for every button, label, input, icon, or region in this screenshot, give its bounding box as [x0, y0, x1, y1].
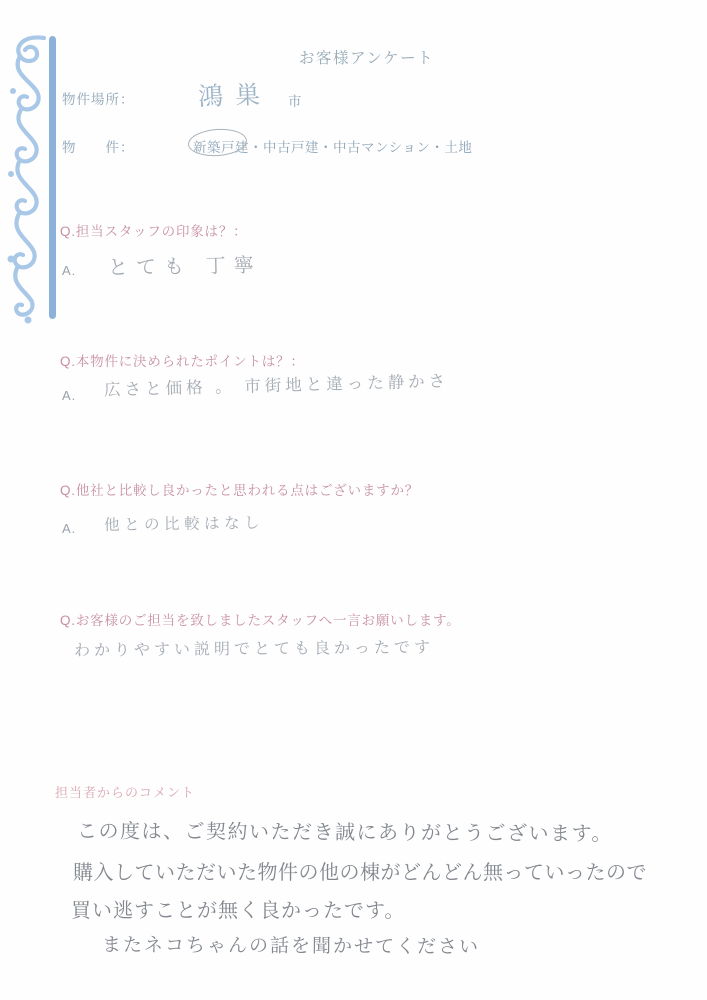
- staff-comment-line: 購入していただいた物件の他の棟がどんどん無っていったので: [73, 856, 647, 885]
- answer-3-prefix: A.: [62, 521, 76, 536]
- answer-2-prefix: A.: [62, 388, 76, 403]
- question-3-label: Q.他社と比較し良かったと思われる点はございますか？: [60, 479, 419, 499]
- location-handwritten-value: 鴻巣: [197, 75, 272, 114]
- answer-1-prefix: A.: [62, 263, 76, 278]
- staff-comment-line: またネコちゃんの話を聞かせてください: [102, 930, 480, 959]
- question-2-label: Q.本物件に決められたポイントは？：: [60, 350, 305, 370]
- staff-comment-heading: 担当者からのコメント: [55, 782, 195, 801]
- page-title: お客様アンケート: [299, 46, 434, 68]
- answer-1-handwritten: とても 丁寧: [108, 249, 262, 281]
- answer-4-handwritten: わかりやすい説明でとても良かったです: [74, 634, 434, 660]
- location-label: 物件場所：: [62, 88, 135, 108]
- answer-3-handwritten: 他との比較はなし: [104, 511, 264, 535]
- question-1-label: Q.担当スタッフの印象は？：: [60, 220, 247, 240]
- answer-2-handwritten: 広さと価格 。 市街地と違った静かさ: [104, 367, 450, 400]
- staff-comment-line: この度は、ご契約いただき誠にありがとうございます。: [77, 815, 613, 847]
- location-suffix: 市: [288, 90, 303, 110]
- question-4-label: Q.お客様のご担当を致しましたスタッフへ一言お願いします。: [60, 609, 461, 629]
- property-label: 物 件：: [62, 136, 135, 156]
- survey-document: お客様アンケート 物件場所： 鴻巣 市 物 件： 新築戸建・中古戸建・中古マンシ…: [0, 0, 707, 1000]
- decorative-floral-border: [4, 34, 58, 324]
- staff-comment-line: 買い逃すことが無く良かったです。: [71, 894, 405, 923]
